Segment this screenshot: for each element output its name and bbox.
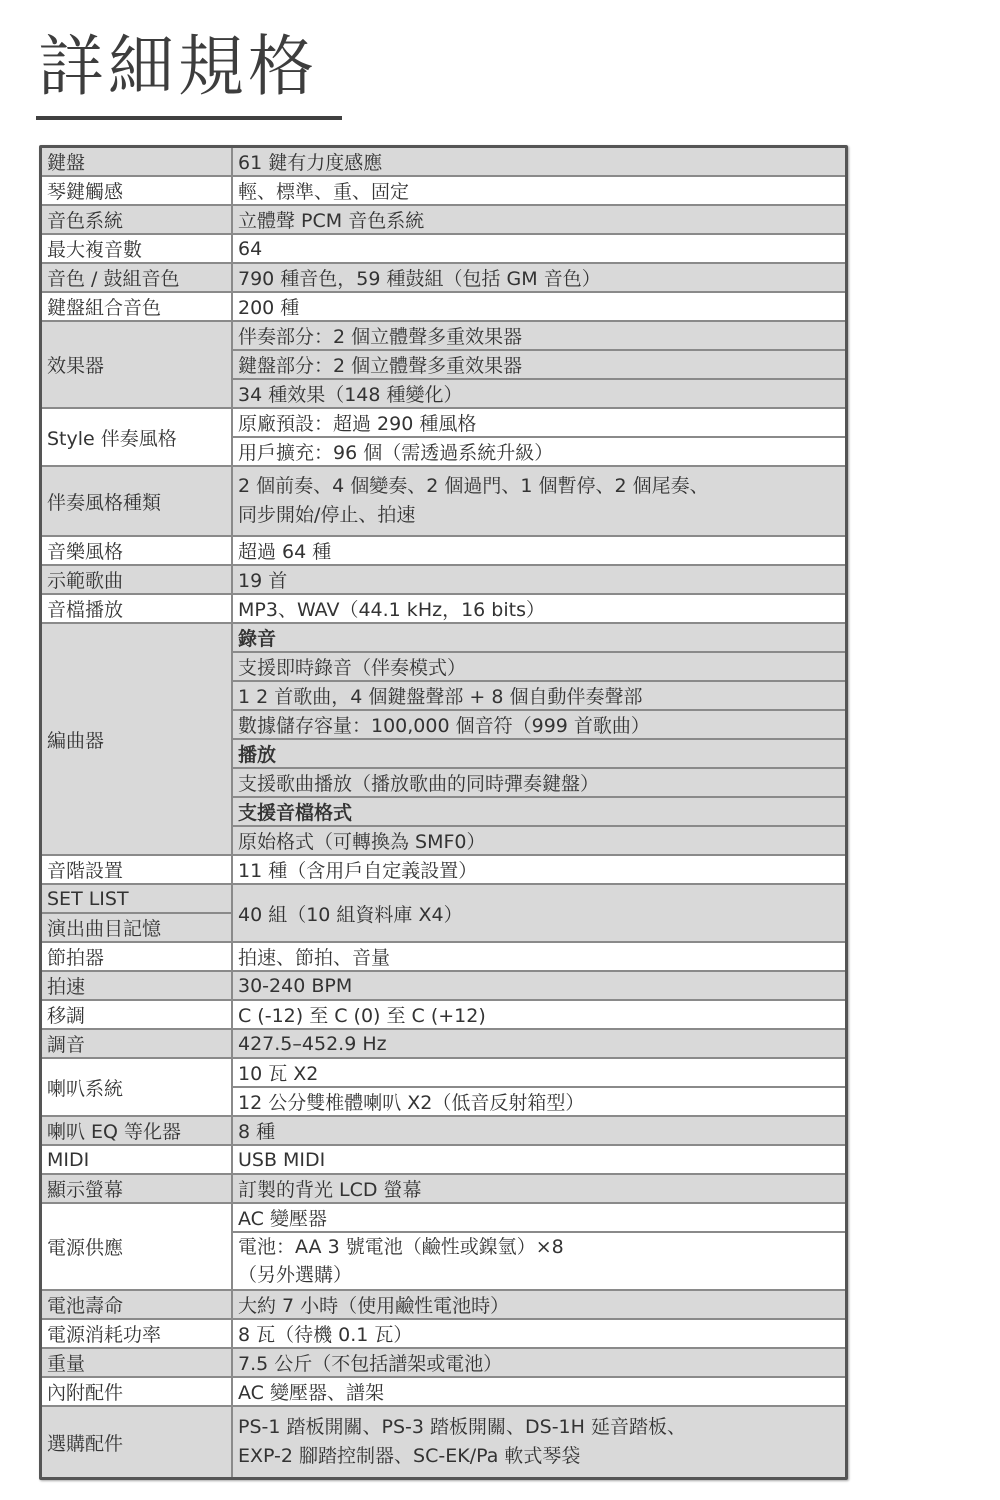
spec-value-line: EXP-2 腳踏控制器、SC-EK/Pa 軟式琴袋 — [238, 1442, 686, 1471]
spec-value: 1 2 首歌曲，4 個鍵盤聲部 + 8 個自動伴奏聲部 — [233, 680, 845, 709]
spec-subheading-playback: 播放 — [233, 738, 845, 767]
spec-row-battery-life: 電池壽命 大約 7 小時（使用鹼性電池時） — [42, 1289, 845, 1318]
spec-label: 最大複音數 — [42, 235, 231, 262]
spec-value: 2 個前奏、4 個變奏、2 個過門、1 個暫停、2 個尾奏、 同步開始/停止、拍… — [233, 467, 845, 535]
spec-value: 鍵盤部分：2 個立體聲多重效果器 — [233, 349, 845, 378]
spec-label: 電源供應 — [42, 1204, 231, 1289]
spec-label: 鍵盤 — [42, 148, 231, 175]
spec-label: 音階設置 — [42, 856, 231, 883]
spec-value: 數據儲存容量：100,000 個音符（999 首歌曲） — [233, 709, 845, 738]
spec-label: 編曲器 — [42, 624, 231, 854]
spec-value: 11 種（含用戶自定義設置） — [233, 856, 845, 883]
spec-value-line: 電池：AA 3 號電池（鹼性或鎳氫）×8 — [238, 1233, 564, 1261]
spec-label: 伴奏風格種類 — [42, 467, 231, 535]
spec-label: 重量 — [42, 1349, 231, 1376]
page-title: 詳細規格 — [38, 22, 318, 112]
spec-value: 輕、標準、重、固定 — [233, 177, 845, 204]
spec-value: 超過 64 種 — [233, 537, 845, 564]
spec-value: 61 鍵有力度感應 — [233, 148, 845, 175]
spec-row-display: 顯示螢幕 訂製的背光 LCD 螢幕 — [42, 1173, 845, 1202]
spec-value: 8 種 — [233, 1117, 845, 1144]
spec-row-voices: 音色 / 鼓組音色 790 種音色，59 種鼓組（包括 GM 音色） — [42, 262, 845, 291]
spec-value: 立體聲 PCM 音色系統 — [233, 206, 845, 233]
spec-row-music-styles: 音樂風格 超過 64 種 — [42, 535, 845, 564]
spec-row-metronome: 節拍器 拍速、節拍、音量 — [42, 941, 845, 970]
spec-value: 伴奏部分：2 個立體聲多重效果器 — [233, 322, 845, 349]
spec-label: Style 伴奏風格 — [42, 409, 231, 465]
spec-row-styles: Style 伴奏風格 原廠預設：超過 290 種風格 用戶擴充：96 個（需透過… — [42, 407, 845, 465]
spec-label: MIDI — [42, 1146, 231, 1173]
spec-value: PS-1 踏板開關、PS-3 踏板開關、DS-1H 延音踏板、 EXP-2 腳踏… — [233, 1407, 845, 1477]
spec-value-line: PS-1 踏板開關、PS-3 踏板開關、DS-1H 延音踏板、 — [238, 1413, 686, 1442]
spec-value: 電池：AA 3 號電池（鹼性或鎳氫）×8 （另外選購） — [233, 1231, 845, 1289]
title-underline — [36, 116, 342, 120]
spec-row-weight: 重量 7.5 公斤（不包括譜架或電池） — [42, 1347, 845, 1376]
spec-row-power-supply: 電源供應 AC 變壓器 電池：AA 3 號電池（鹼性或鎳氫）×8 （另外選購） — [42, 1202, 845, 1289]
spec-value-line: 2 個前奏、4 個變奏、2 個過門、1 個暫停、2 個尾奏、 — [238, 472, 709, 501]
spec-value: 用戶擴充：96 個（需透過系統升級） — [233, 436, 845, 465]
spec-label: 鍵盤組合音色 — [42, 293, 231, 320]
spec-value: 大約 7 小時（使用鹼性電池時） — [233, 1291, 845, 1318]
spec-row-sequencer: 編曲器 錄音 支援即時錄音（伴奏模式） 1 2 首歌曲，4 個鍵盤聲部 + 8 … — [42, 622, 845, 854]
spec-value-line: 同步開始/停止、拍速 — [238, 501, 709, 530]
spec-value: 30-240 BPM — [233, 972, 845, 999]
spec-row-optional-accessories: 選購配件 PS-1 踏板開關、PS-3 踏板開關、DS-1H 延音踏板、 EXP… — [42, 1405, 845, 1477]
spec-row-tempo: 拍速 30-240 BPM — [42, 970, 845, 999]
spec-label: 拍速 — [42, 972, 231, 999]
spec-value: 40 組（10 組資料庫 X4） — [233, 885, 845, 941]
spec-label: 選購配件 — [42, 1407, 231, 1477]
spec-label: 音色 / 鼓組音色 — [42, 264, 231, 291]
spec-row-midi: MIDI USB MIDI — [42, 1144, 845, 1173]
spec-value: 64 — [233, 235, 845, 262]
spec-row-effects: 效果器 伴奏部分：2 個立體聲多重效果器 鍵盤部分：2 個立體聲多重效果器 34… — [42, 320, 845, 407]
spec-label: 琴鍵觸感 — [42, 177, 231, 204]
spec-value: AC 變壓器 — [233, 1204, 845, 1231]
spec-label: 顯示螢幕 — [42, 1175, 231, 1202]
spec-label: 示範歌曲 — [42, 566, 231, 593]
spec-table: 鍵盤 61 鍵有力度感應 琴鍵觸感 輕、標準、重、固定 音色系統 立體聲 PCM… — [39, 145, 848, 1480]
spec-value: MP3、WAV（44.1 kHz，16 bits） — [233, 595, 845, 622]
spec-value: 7.5 公斤（不包括譜架或電池） — [233, 1349, 845, 1376]
spec-value: C (-12) 至 C (0) 至 C (+12) — [233, 1001, 845, 1028]
spec-value: USB MIDI — [233, 1146, 845, 1173]
spec-value: 訂製的背光 LCD 螢幕 — [233, 1175, 845, 1202]
spec-label: 音色系統 — [42, 206, 231, 233]
spec-value: 19 首 — [233, 566, 845, 593]
spec-value: 原廠預設：超過 290 種風格 — [233, 409, 845, 436]
spec-value: 427.5–452.9 Hz — [233, 1030, 845, 1057]
spec-row-transpose: 移調 C (-12) 至 C (0) 至 C (+12) — [42, 999, 845, 1028]
spec-value: 原始格式（可轉換為 SMF0） — [233, 825, 845, 854]
spec-row-speaker-system: 喇叭系統 10 瓦 X2 12 公分雙椎體喇叭 X2（低音反射箱型） — [42, 1057, 845, 1115]
spec-value: 支援歌曲播放（播放歌曲的同時彈奏鍵盤） — [233, 767, 845, 796]
spec-row-speaker-eq: 喇叭 EQ 等化器 8 種 — [42, 1115, 845, 1144]
spec-label: 演出曲目記憶 — [42, 912, 231, 941]
spec-row-keyboard: 鍵盤 61 鍵有力度感應 — [42, 148, 845, 175]
spec-value: 拍速、節拍、音量 — [233, 943, 845, 970]
spec-value: 790 種音色，59 種鼓組（包括 GM 音色） — [233, 264, 845, 291]
spec-row-style-elements: 伴奏風格種類 2 個前奏、4 個變奏、2 個過門、1 個暫停、2 個尾奏、 同步… — [42, 465, 845, 535]
spec-label: 效果器 — [42, 322, 231, 407]
spec-label: 音檔播放 — [42, 595, 231, 622]
spec-label: 喇叭系統 — [42, 1059, 231, 1115]
spec-subheading-recording: 錄音 — [233, 624, 845, 651]
spec-label: 電池壽命 — [42, 1291, 231, 1318]
spec-row-scale: 音階設置 11 種（含用戶自定義設置） — [42, 854, 845, 883]
spec-label: 音樂風格 — [42, 537, 231, 564]
spec-row-power-consumption: 電源消耗功率 8 瓦（待機 0.1 瓦） — [42, 1318, 845, 1347]
spec-row-audio-playback: 音檔播放 MP3、WAV（44.1 kHz，16 bits） — [42, 593, 845, 622]
spec-row-polyphony: 最大複音數 64 — [42, 233, 845, 262]
spec-value: AC 變壓器、譜架 — [233, 1378, 845, 1405]
spec-value: 200 種 — [233, 293, 845, 320]
spec-label: 調音 — [42, 1030, 231, 1057]
spec-value: 10 瓦 X2 — [233, 1059, 845, 1086]
spec-row-tone-system: 音色系統 立體聲 PCM 音色系統 — [42, 204, 845, 233]
spec-row-tuning: 調音 427.5–452.9 Hz — [42, 1028, 845, 1057]
spec-value: 支援即時錄音（伴奏模式） — [233, 651, 845, 680]
spec-row-included-accessories: 內附配件 AC 變壓器、譜架 — [42, 1376, 845, 1405]
spec-subheading-formats: 支援音檔格式 — [233, 796, 845, 825]
spec-value: 34 種效果（148 種變化） — [233, 378, 845, 407]
spec-value: 8 瓦（待機 0.1 瓦） — [233, 1320, 845, 1347]
spec-label: 節拍器 — [42, 943, 231, 970]
spec-label: 移調 — [42, 1001, 231, 1028]
spec-label: SET LIST — [42, 885, 231, 912]
spec-value: 12 公分雙椎體喇叭 X2（低音反射箱型） — [233, 1086, 845, 1115]
spec-label: 內附配件 — [42, 1378, 231, 1405]
spec-label: 電源消耗功率 — [42, 1320, 231, 1347]
spec-row-touch: 琴鍵觸感 輕、標準、重、固定 — [42, 175, 845, 204]
spec-label: 喇叭 EQ 等化器 — [42, 1117, 231, 1144]
spec-value-line: （另外選購） — [238, 1261, 352, 1289]
spec-row-keyboard-sets: 鍵盤組合音色 200 種 — [42, 291, 845, 320]
spec-row-demo-songs: 示範歌曲 19 首 — [42, 564, 845, 593]
spec-row-set-list: SET LIST 演出曲目記憶 40 組（10 組資料庫 X4） — [42, 883, 845, 941]
